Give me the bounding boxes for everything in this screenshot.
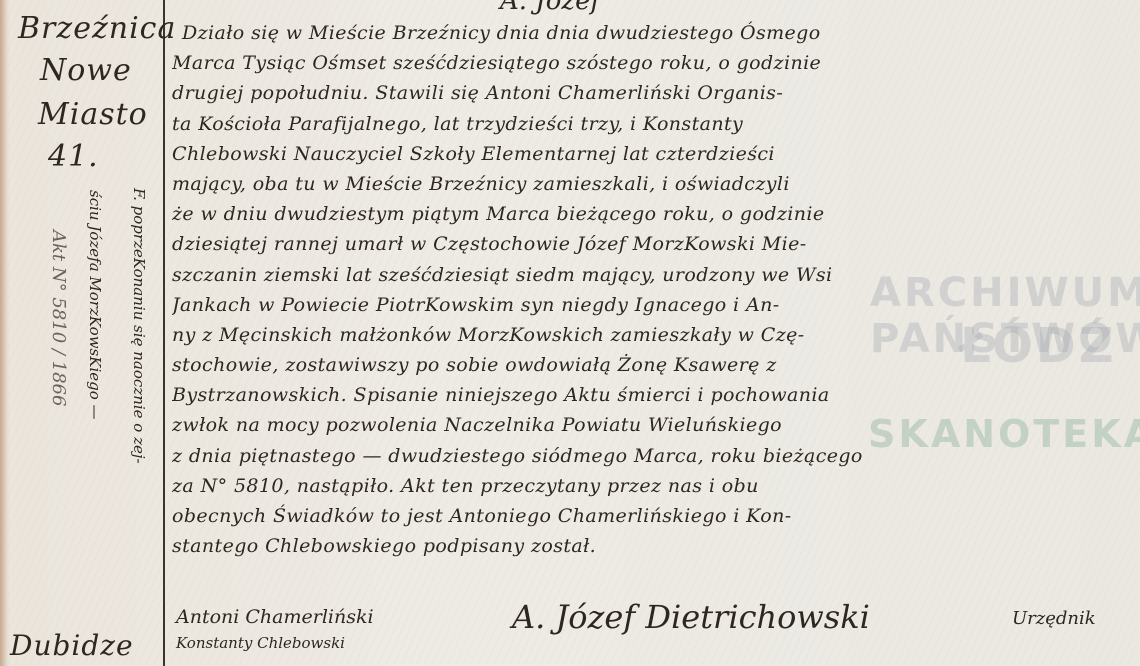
- record-line: Jankach w Powiecie PiotrKowskim syn nieg…: [172, 290, 1140, 320]
- page-edge: [0, 0, 6, 666]
- official-signature: A. Józef Dietrichowski: [512, 598, 870, 636]
- margin-rule: [163, 0, 165, 666]
- record-line: ta Kościoła Parafijalnego, lat trzydzieś…: [172, 109, 1140, 139]
- margin-place-3: Miasto: [38, 100, 148, 130]
- record-body: Działo się w Mieście Brzeźnicy dnia dnia…: [172, 6, 1140, 561]
- record-line: stantego Chlebowskiego podpisany został.: [172, 531, 1140, 561]
- margin-record-number: 41.: [48, 142, 99, 172]
- record-line: Działo się w Mieście Brzeźnicy dnia dnia…: [172, 6, 1140, 48]
- record-line: obecnych Świadków to jest Antoniego Cham…: [172, 501, 1140, 531]
- margin-bottom-word: Dubidze: [10, 632, 134, 660]
- document-page: ARCHIWUM PAŃSTWOWE ŁÓDŹ SKANOTEKA Brzeźn…: [0, 0, 1140, 666]
- margin-note-3: Akt N° 5810 / 1866: [48, 230, 69, 406]
- record-line: stochowie, zostawiwszy po sobie owdowiał…: [172, 350, 1140, 380]
- record-line: dziesiątej rannej umarł w Częstochowie J…: [172, 229, 1140, 259]
- record-line: Chlebowski Nauczyciel Szkoły Elementarne…: [172, 139, 1140, 169]
- margin-place-1: Brzeźnica: [18, 14, 176, 44]
- record-line: Marca Tysiąc Ośmset sześćdziesiątego szó…: [172, 48, 1140, 78]
- record-line: Bystrzanowskich. Spisanie niniejszego Ak…: [172, 380, 1140, 410]
- official-title: Urzędnik: [1012, 608, 1096, 629]
- record-line: ny z Męcinskich małżonków MorzKowskich z…: [172, 320, 1140, 350]
- record-line: z dnia piętnastego — dwudziestego siódme…: [172, 441, 1140, 471]
- margin-note-1: F. poprzeKonaniu się naocznie o zej-: [130, 188, 148, 464]
- witness-signature-1: Antoni Chamerliński: [176, 606, 374, 628]
- signatures: Antoni Chamerliński A. Józef Dietrichows…: [172, 604, 1140, 644]
- margin-note-2: ściu Józefa MorzKowsKiego —: [86, 190, 104, 420]
- margin-place-2: Nowe: [40, 56, 132, 86]
- record-line: szczanin ziemski lat sześćdziesiąt siedm…: [172, 260, 1140, 290]
- record-line: za N° 5810, nastąpiło. Akt ten przeczyta…: [172, 471, 1140, 501]
- record-line: że w dniu dwudziestym piątym Marca bieżą…: [172, 199, 1140, 229]
- record-line: mający, oba tu w Mieście Brzeźnicy zamie…: [172, 169, 1140, 199]
- record-line: drugiej popołudniu. Stawili się Antoni C…: [172, 78, 1140, 108]
- witness-signature-2: Konstanty Chlebowski: [176, 634, 345, 652]
- record-line: zwłok na mocy pozwolenia Naczelnika Powi…: [172, 410, 1140, 440]
